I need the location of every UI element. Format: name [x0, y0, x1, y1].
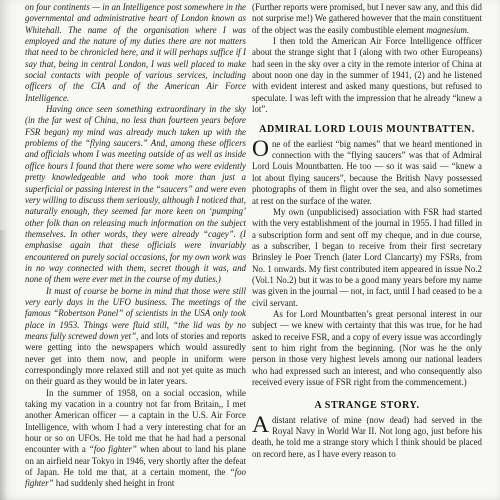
section-heading-mountbatten: ADMIRAL LORD LOUIS MOUNTBATTEN.	[252, 124, 482, 135]
scan-edge-artifact	[0, 230, 7, 500]
continued-paragraph: on four continents — in an Intelligence …	[25, 2, 246, 104]
continued-paragraph-further-reports: (Further reports were promised, but I ne…	[252, 2, 482, 36]
section-heading-strange-story: A STRANGE STORY.	[252, 400, 482, 411]
text-segment: on four continents — in an Intelligence …	[25, 2, 246, 103]
paragraph-summer-1958: In the summer of 1958, on a social occas…	[25, 388, 246, 490]
text-segment: had suddenly shed height in front	[54, 478, 175, 488]
text-segment: magnesium.	[427, 25, 470, 35]
paragraph-big-names: One of the earliest “big names” that we …	[252, 139, 482, 207]
text-segment: My own (unpublicised) association with F…	[252, 207, 482, 308]
text-segment: “foo fighter”	[89, 444, 137, 454]
text-segment: distant relative of mine (now dead) had …	[252, 415, 482, 459]
text-segment: As for Lord Mountbatten’s great personal…	[252, 309, 482, 387]
left-text-column: on four continents — in an Intelligence …	[25, 0, 246, 500]
right-text-column: (Further reports were promised, but I ne…	[252, 0, 482, 500]
paragraph-having-once-seen: Having once seen something extraordinary…	[25, 104, 246, 286]
paragraph-mountbatten-interest: As for Lord Mountbatten’s great personal…	[252, 309, 482, 388]
drop-cap: A	[252, 415, 272, 435]
scanned-document-page: on four continents — in an Intelligence …	[0, 0, 500, 500]
paragraph-early-days: It must of course be borne in mind that …	[25, 286, 246, 388]
paragraph-distant-relative: Adistant relative of mine (now dead) had…	[252, 415, 482, 460]
drop-cap: O	[252, 139, 272, 159]
text-segment: I then told the American Air Force Intel…	[252, 36, 482, 114]
paragraph-told-officer: I then told the American Air Force Intel…	[252, 36, 482, 115]
text-segment: ne of the earliest “big names” that we h…	[252, 139, 482, 206]
text-segment: Having once seen something extraordinary…	[25, 104, 246, 284]
paragraph-fsr-association: My own (unpublicised) association with F…	[252, 207, 482, 309]
